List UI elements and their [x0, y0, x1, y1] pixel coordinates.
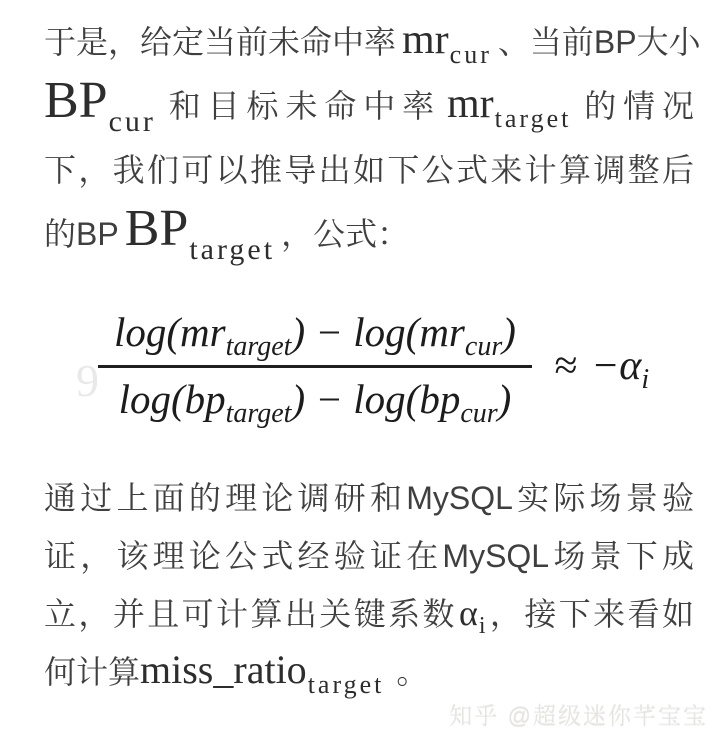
paragraph-2: 通过上面的理论调研和MySQL实际场景验 证，该理论公式经验证在MySQL场景下… — [44, 469, 694, 701]
math-alpha-i: αi — [459, 596, 486, 632]
math-base: BP — [125, 200, 189, 257]
text-run: ，公式： — [281, 216, 409, 252]
watermark: 知乎 @超级迷你芊宝宝 — [449, 698, 708, 731]
math-subscript: cur — [450, 40, 492, 69]
math-text: ) − log(mr — [291, 309, 464, 355]
ghost-artifact: 9 — [76, 354, 99, 407]
math-text: ) − log(bp — [291, 376, 460, 422]
text-run: 的BP — [44, 216, 119, 252]
math-subscript: target — [495, 104, 572, 133]
math-text: ) — [502, 309, 516, 355]
text-run: 。 — [396, 654, 428, 690]
math-subscript: target — [226, 331, 292, 362]
text-run: 立，并且可计算出关键系数 — [44, 596, 457, 632]
math-base: mr — [402, 17, 449, 63]
alpha-term: −α — [591, 343, 641, 389]
article-content: 于是，给定当前未命中率mrcur、当前BP大小 BPcur和目标未命中率mrta… — [0, 0, 720, 701]
math-subscript: target — [189, 233, 275, 266]
text-line-2: BPcur和目标未命中率mrtarget的情况 — [44, 74, 694, 138]
math-text: ) — [498, 376, 512, 422]
math-subscript: i — [641, 364, 649, 395]
paragraph-1: 于是，给定当前未命中率mrcur、当前BP大小 BPcur和目标未命中率mrta… — [44, 10, 694, 266]
text-line-6: 证，该理论公式经验证在MySQL场景下成 — [44, 527, 694, 585]
text-line-3: 下，我们可以推导出如下公式来计算调整后 — [44, 138, 694, 202]
text-run: 何计算 — [44, 654, 140, 690]
math-text: log(mr — [114, 309, 226, 355]
approx-symbol: ≈ — [554, 343, 577, 389]
math-miss-ratio-target: miss_ratiotarget — [140, 654, 384, 690]
text-run: ，接下来看如 — [488, 596, 694, 632]
text-run: 证，该理论公式经验证在MySQL场景下成 — [44, 538, 694, 574]
math-base: BP — [44, 72, 108, 129]
text-run: 下，我们可以推导出如下公式来计算调整后 — [44, 152, 694, 188]
math-subscript: target — [308, 670, 385, 699]
math-subscript: cur — [465, 331, 502, 362]
text-line-1: 于是，给定当前未命中率mrcur、当前BP大小 — [44, 10, 694, 74]
fraction: log(mrtarget) − log(mrcur) log(bptarget)… — [98, 310, 532, 423]
math-mr-cur: mrcur — [402, 24, 492, 60]
text-line-7: 立，并且可计算出关键系数αi，接下来看如 — [44, 585, 694, 643]
text-run: 和目标未命中率 — [162, 88, 441, 124]
math-base: miss_ratio — [140, 647, 307, 692]
text-line-5: 通过上面的理论调研和MySQL实际场景验 — [44, 469, 694, 527]
numerator: log(mrtarget) − log(mrcur) — [98, 310, 532, 365]
math-bp-cur: BPcur — [44, 88, 156, 124]
math-base: mr — [447, 81, 494, 127]
display-formula: 9 log(mrtarget) − log(mrcur) log(bptarge… — [98, 310, 694, 423]
math-mr-target: mrtarget — [447, 88, 571, 124]
math-text: log(bp — [119, 376, 226, 422]
article-page: 于是，给定当前未命中率mrcur、当前BP大小 BPcur和目标未命中率mrta… — [0, 0, 720, 745]
text-run: 、当前BP大小 — [498, 24, 701, 60]
denominator: log(bptarget) − log(bpcur) — [98, 365, 532, 423]
watermark-text: 知乎 @超级迷你芊宝宝 — [449, 703, 708, 729]
math-subscript: target — [226, 398, 292, 429]
math-subscript: cur — [109, 105, 156, 138]
math-base: α — [459, 593, 478, 633]
text-line-8: 何计算miss_ratiotarget。 — [44, 643, 694, 701]
text-line-4: 的BPBPtarget，公式： — [44, 202, 694, 266]
math-bp-target: BPtarget — [125, 216, 275, 252]
math-subscript: cur — [460, 398, 497, 429]
text-run: 于是，给定当前未命中率 — [44, 24, 396, 60]
math-subscript: i — [479, 613, 486, 639]
formula-rhs: ≈−αi — [554, 342, 649, 390]
text-run: 的情况 — [577, 88, 694, 124]
text-run: 通过上面的理论调研和MySQL实际场景验 — [44, 480, 694, 516]
